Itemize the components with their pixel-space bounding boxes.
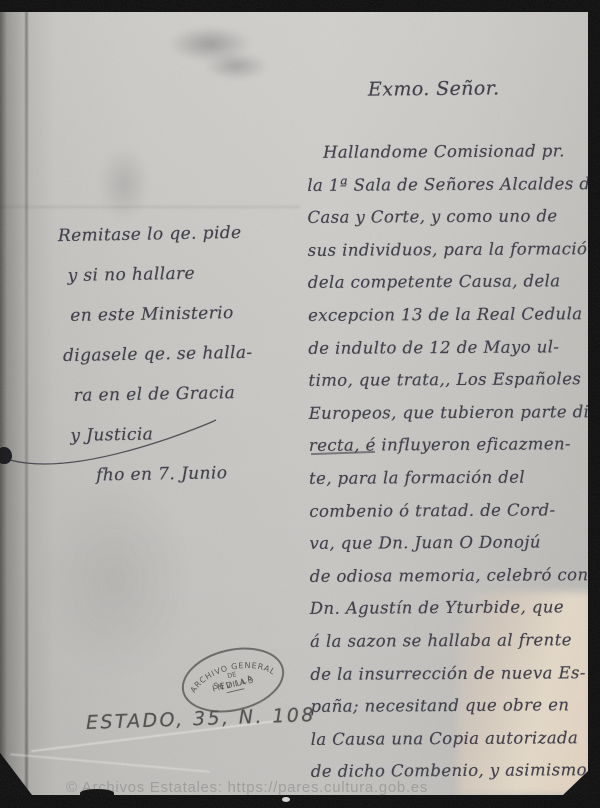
body-line: de la insurrección de nueva Es- — [310, 657, 594, 691]
body-line: Casa y Corte, y como uno de — [307, 200, 591, 234]
body-line: de odiosa memoria, celebró con — [310, 559, 594, 593]
margin-note-line: digasele qe. se halla- — [63, 332, 307, 376]
body-line: recta, é influyeron eficazmen- — [309, 428, 593, 462]
paper-fragment-speck — [282, 797, 290, 802]
scanned-document-page: Exmo. Señor. Hallandome Comisionad pr. l… — [0, 0, 600, 808]
binding-fold-line — [25, 12, 28, 795]
paper-crease — [0, 206, 300, 208]
torn-edge-fragment — [80, 789, 114, 797]
body-line: combenio ó tratad. de Cord- — [309, 494, 593, 528]
body-line: Europeos, que tubieron parte di- — [309, 396, 593, 430]
scan-border-top — [0, 0, 600, 12]
body-line: Hallandome Comisionad pr. — [307, 135, 591, 169]
body-line: va, que Dn. Juan O Donojú — [309, 526, 593, 560]
margin-note: Remitase lo qe. pide y si no hallare en … — [54, 212, 309, 496]
salutation-text: Exmo. Señor. — [368, 77, 500, 100]
body-line: de indulto de 12 de Mayo ul- — [308, 331, 592, 365]
body-line: paña; necesitand que obre en — [310, 689, 594, 723]
body-line: á la sazon se hallaba al frente — [310, 624, 594, 658]
body-line: excepcion 13 de la Real Cedula — [308, 298, 592, 332]
body-line: la 1ª Sala de Señores Alcaldes de — [307, 168, 591, 202]
body-line: Dn. Agustín de Yturbide, que — [310, 591, 594, 625]
body-line: te, para la formación del — [309, 461, 593, 495]
margin-note-line: Remitase lo qe. pide — [58, 212, 305, 256]
body-line: la Causa una Copia autorizada — [311, 722, 595, 756]
archive-watermark: © Archivos Estatales: https://pares.cult… — [66, 779, 428, 796]
scan-border-right — [588, 0, 600, 808]
body-line: sus individuos, para la formación — [308, 233, 592, 267]
margin-note-line: en este Ministerio — [70, 292, 306, 336]
margin-note-line: ra en el de Gracia — [73, 372, 307, 416]
letter-body: Hallandome Comisionad pr. la 1ª Sala de … — [307, 135, 595, 789]
body-line: dela competente Causa, dela — [308, 266, 592, 300]
margin-note-line: fho en 7. Junio — [96, 452, 309, 496]
margin-note-line: y Justicia — [70, 412, 308, 456]
body-line: timo, que trata,, Los Españoles — [308, 363, 592, 397]
scan-edge-shadow — [0, 12, 7, 795]
margin-note-line: y si no hallare — [67, 252, 305, 296]
